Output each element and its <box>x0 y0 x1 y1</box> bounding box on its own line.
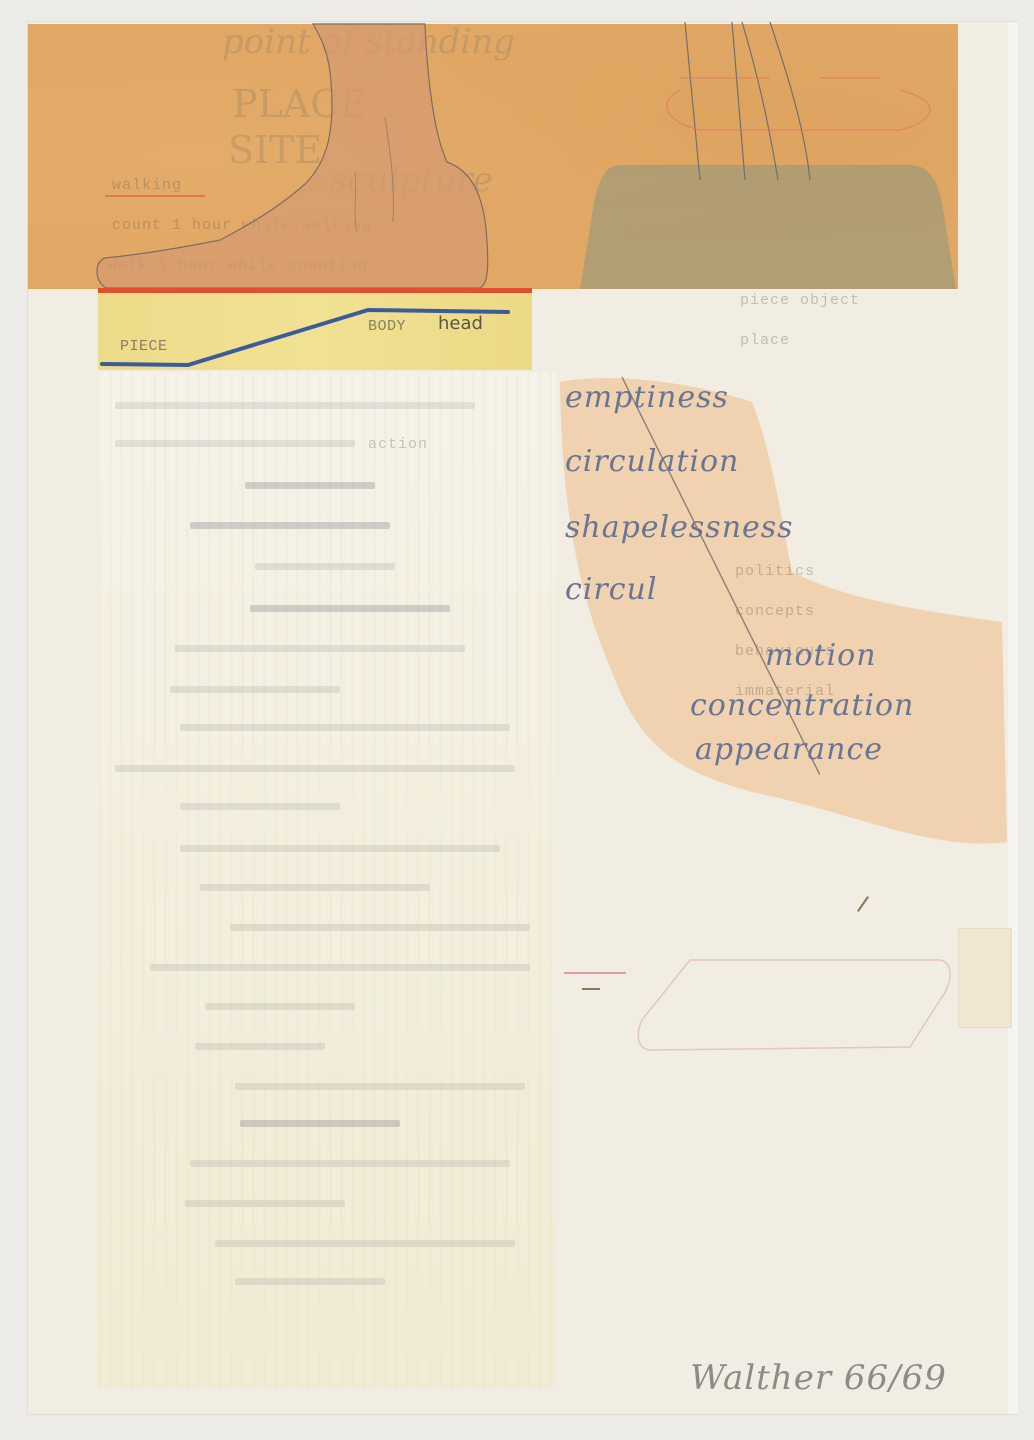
faint-line <box>180 724 510 731</box>
word-concentration: concentration <box>690 688 914 723</box>
faint-line <box>180 803 340 810</box>
brown-mark <box>582 988 600 990</box>
faint-line <box>180 845 500 852</box>
faint-line <box>250 605 450 612</box>
word-shapelessness: shapelessness <box>565 510 794 545</box>
typed-place: place <box>740 332 790 349</box>
faint-line <box>200 884 430 891</box>
faint-line <box>190 522 390 529</box>
faint-line <box>245 482 375 489</box>
outline-shape <box>630 955 960 1055</box>
faint-line <box>205 1003 355 1010</box>
faint-line <box>195 1043 325 1050</box>
typed-action: action <box>368 436 428 453</box>
circular-arrows <box>640 70 940 140</box>
typed-piece-object: piece object <box>740 292 860 309</box>
foot-drawing <box>95 22 545 292</box>
faint-line <box>235 1083 525 1090</box>
faint-line <box>235 1278 385 1285</box>
word-circul: circul <box>565 572 657 607</box>
faint-line <box>170 686 340 693</box>
label-body: BODY <box>368 318 406 335</box>
faint-line <box>185 1200 345 1207</box>
small-paper-card <box>958 928 1012 1028</box>
faint-line <box>230 924 530 931</box>
faint-line <box>150 964 530 971</box>
word-motion: motion <box>765 638 877 673</box>
faint-line <box>240 1120 400 1127</box>
word-circulation: circulation <box>565 444 739 479</box>
faint-line <box>215 1240 515 1247</box>
label-piece: PIECE <box>120 338 168 355</box>
faint-line <box>255 563 395 570</box>
label-head: head <box>438 313 483 334</box>
word-emptiness: emptiness <box>565 380 729 415</box>
faint-line <box>115 402 475 409</box>
faint-line <box>190 1160 510 1167</box>
faint-line <box>115 765 515 772</box>
signature: Walther 66/69 <box>690 1358 947 1398</box>
faint-line <box>115 440 355 447</box>
word-appearance: appearance <box>695 732 883 767</box>
faint-line <box>175 645 465 652</box>
pink-mark <box>564 972 626 974</box>
